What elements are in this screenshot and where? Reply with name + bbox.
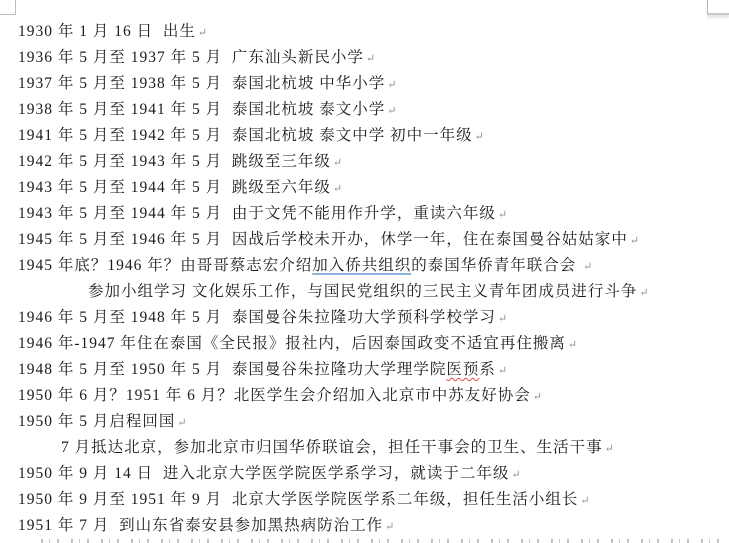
text-line[interactable]: 1950 年 5 月启程回国↵: [18, 409, 729, 435]
text-segment: 1938 年 5 月至 1941 年 5 月 泰国北杭坡 泰文小学: [18, 101, 385, 118]
text-segment: 1943 年 5 月至 1944 年 5 月 由于文凭不能用作升学，重读六年级: [18, 205, 496, 222]
text-line[interactable]: 1942 年 5 月至 1943 年 5 月 跳级至三年级↵: [18, 149, 729, 175]
text-line[interactable]: 1930 年 1 月 16 日 出生↵: [18, 19, 729, 45]
text-line[interactable]: 1938 年 5 月至 1941 年 5 月 泰国北杭坡 泰文小学↵: [18, 97, 729, 123]
text-segment: 1943 年 5 月至 1944 年 5 月 跳级至六年级: [18, 179, 331, 196]
text-segment: 1946 年-1947 年住在泰国《全民报》报社内，后因泰国政变不适宜再住搬离: [18, 335, 566, 352]
page-corner-mark-left-icon: [0, 0, 16, 15]
text-segment: 1946 年 5 月至 1948 年 5 月 泰国曼谷朱拉隆功大学预科学校学习: [18, 309, 496, 326]
text-segment: 1942 年 5 月至 1943 年 5 月 跳级至三年级: [18, 153, 331, 170]
paragraph-mark-icon: ↵: [605, 443, 614, 455]
paragraph-mark-icon: ↵: [498, 365, 507, 377]
text-segment: 1930 年 1 月 16 日 出生: [18, 23, 196, 40]
paragraph-mark-icon: ↵: [177, 417, 186, 429]
paragraph-mark-icon: ↵: [583, 261, 592, 273]
text-segment: 系: [479, 361, 496, 378]
text-line[interactable]: 1937 年 5 月至 1938 年 5 月 泰国北杭坡 中华小学↵: [18, 71, 729, 97]
text-line[interactable]: 1941 年 5 月至 1942 年 5 月 泰国北杭坡 泰文中学 初中一年级↵: [18, 123, 729, 149]
text-segment: 1950 年 9 月至 1951 年 9 月 北京大学医学院医学系二年级，担任生…: [18, 491, 578, 508]
text-segment: 1945 年 5 月至 1946 年 5 月 因战后学校未开办，休学一年，住在泰…: [18, 231, 628, 248]
paragraph-mark-icon: ↵: [198, 27, 207, 39]
text-line[interactable]: 1945 年底？1946 年？由哥哥蔡志宏介绍加入侨共组织的泰国华侨青年联合会 …: [18, 253, 729, 279]
clipped-next-line: [36, 539, 724, 543]
paragraph-mark-icon: ↵: [366, 53, 375, 65]
paragraph-mark-icon: ↵: [387, 105, 396, 117]
text-segment: 1936 年 5 月至 1937 年 5 月 广东汕头新民小学: [18, 49, 364, 66]
text-segment: 1937 年 5 月至 1938 年 5 月 泰国北杭坡 中华小学: [18, 75, 385, 92]
text-segment-red-squiggle: 医预: [446, 361, 479, 378]
text-segment: 1948 年 5 月至 1950 年 5 月 泰国曼谷朱拉隆功大学理学院: [18, 361, 446, 378]
text-line[interactable]: 1943 年 5 月至 1944 年 5 月 跳级至六年级↵: [18, 175, 729, 201]
paragraph-mark-icon: ↵: [475, 131, 484, 143]
paragraph-mark-icon: ↵: [639, 287, 648, 299]
text-line[interactable]: 1950 年 6 月？1951 年 6 月？北医学生会介绍加入北京市中苏友好协会…: [18, 383, 729, 409]
page-corner-mark-right-icon: [707, 0, 729, 15]
document-body[interactable]: 1930 年 1 月 16 日 出生↵1936 年 5 月至 1937 年 5 …: [0, 19, 729, 543]
paragraph-mark-icon: ↵: [630, 235, 639, 247]
text-line[interactable]: 1950 年 9 月 14 日 进入北京大学医学院医学系学习，就读于二年级↵: [18, 461, 729, 487]
paragraph-mark-icon: ↵: [498, 209, 507, 221]
paragraph-mark-icon: ↵: [580, 495, 589, 507]
paragraph-mark-icon: ↵: [385, 521, 394, 533]
paragraph-mark-icon: ↵: [333, 183, 342, 195]
text-line[interactable]: 参加小组学习 文化娱乐工作，与国民党组织的三民主义青年团成员进行斗争↵: [18, 279, 729, 305]
text-segment: 1950 年 6 月？1951 年 6 月？北医学生会介绍加入北京市中苏友好协会: [18, 387, 531, 404]
paragraph-mark-icon: ↵: [533, 391, 542, 403]
text-segment: 1950 年 5 月启程回国: [18, 413, 175, 430]
text-line[interactable]: 1945 年 5 月至 1946 年 5 月 因战后学校未开办，休学一年，住在泰…: [18, 227, 729, 253]
text-line[interactable]: 1936 年 5 月至 1937 年 5 月 广东汕头新民小学↵: [18, 45, 729, 71]
text-line[interactable]: 1950 年 9 月至 1951 年 9 月 北京大学医学院医学系二年级，担任生…: [18, 487, 729, 513]
paragraph-mark-icon: ↵: [511, 469, 520, 481]
text-segment: 1951 年 7 月 到山东省泰安县参加黑热病防治工作: [18, 517, 383, 534]
text-segment: 的泰国华侨青年联合会: [411, 257, 581, 274]
paragraph-mark-icon: ↵: [333, 157, 342, 169]
text-segment: 1945 年底？1946 年？由哥哥蔡志宏介绍: [18, 257, 312, 274]
text-line[interactable]: 1943 年 5 月至 1944 年 5 月 由于文凭不能用作升学，重读六年级↵: [18, 201, 729, 227]
text-segment: 参加小组学习 文化娱乐工作，与国民党组织的三民主义青年团成员进行斗争: [88, 283, 637, 300]
text-segment: 1950 年 9 月 14 日 进入北京大学医学院医学系学习，就读于二年级: [18, 465, 509, 482]
text-segment: 7 月抵达北京，参加北京市归国华侨联谊会，担任干事会的卫生、生活干事: [61, 439, 603, 456]
paragraph-mark-icon: ↵: [568, 339, 577, 351]
text-line[interactable]: 7 月抵达北京，参加北京市归国华侨联谊会，担任干事会的卫生、生活干事↵: [18, 435, 729, 461]
text-line[interactable]: 1951 年 7 月 到山东省泰安县参加黑热病防治工作↵: [18, 513, 729, 539]
paragraph-mark-icon: ↵: [498, 313, 507, 325]
text-segment-blue-underline: 加入侨共组织: [312, 257, 411, 274]
text-segment: 1941 年 5 月至 1942 年 5 月 泰国北杭坡 泰文中学 初中一年级: [18, 127, 473, 144]
text-line[interactable]: 1946 年 5 月至 1948 年 5 月 泰国曼谷朱拉隆功大学预科学校学习↵: [18, 305, 729, 331]
paragraph-mark-icon: ↵: [387, 79, 396, 91]
text-line[interactable]: 1948 年 5 月至 1950 年 5 月 泰国曼谷朱拉隆功大学理学院医预系↵: [18, 357, 729, 383]
text-line[interactable]: 1946 年-1947 年住在泰国《全民报》报社内，后因泰国政变不适宜再住搬离↵: [18, 331, 729, 357]
